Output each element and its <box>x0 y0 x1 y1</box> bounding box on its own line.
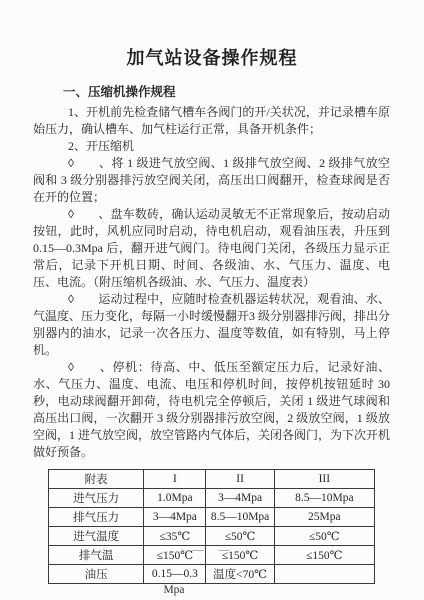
table-row-oil-pressure: 油压 0.15—0.3 温度<70℃ <box>49 565 375 584</box>
table-row-exhaust-pressure: 排气压力 3—4Mpa 8.5—10Mpa 25Mpa <box>49 508 375 527</box>
paragraph-bullet-2: ◊ 、盘车数砖，确认运动灵敏无不正常现象后，按动启动按钮，此时，风机应同时启动，… <box>33 206 390 291</box>
table-cell <box>274 565 374 584</box>
table-header-cell: II <box>206 470 274 489</box>
table-header-row: 附表 I II III <box>49 470 375 489</box>
table-cell: 3—4Mpa <box>206 489 274 508</box>
paragraph-step-1: 1、开机前先检查储气槽车各阀门的开/关状况，并记录槽车原始压力，确认槽车、加气柱… <box>33 104 390 138</box>
document-title: 加气站设备操作规程 <box>0 44 424 70</box>
table-cell: 25Mpa <box>274 508 374 527</box>
document-body: 一、压缩机操作规程 1、开机前先检查储气槽车各阀门的开/关状况，并记录槽车原始压… <box>33 84 390 597</box>
paragraph-step-2: 2、开压缩机 <box>33 138 390 155</box>
section-heading: 一、压缩机操作规程 <box>33 84 390 101</box>
paragraph-bullet-3: ◊ 运动过程中，应随时检查机器运转状况，观看油、水、气温度、压力变化，每隔一小时… <box>33 291 390 359</box>
spec-table: 附表 I II III 进气压力 1.0Mpa 3—4Mpa 8.5—10Mpa… <box>48 469 375 584</box>
table-header-cell: III <box>274 470 374 489</box>
table-cell: 1.0Mpa <box>144 489 206 508</box>
table-cell: 温度<70℃ <box>206 565 274 584</box>
table-cell: 8.5—10Mpa <box>206 508 274 527</box>
document-page: 加气站设备操作规程 一、压缩机操作规程 1、开机前先检查储气槽车各阀门的开/关状… <box>0 0 424 600</box>
table-cell: 排气压力 <box>49 508 144 527</box>
table-overflow-unit: Mpa <box>143 584 205 597</box>
paragraph-bullet-1: ◊ 、将 1 级进气放空阀、1 级排气放空阀、2 级排气放空阀和 3 级分别器排… <box>33 155 390 206</box>
table-cell: 油压 <box>49 565 144 584</box>
table-cell: 进气压力 <box>49 489 144 508</box>
table-header-cell: I <box>144 470 206 489</box>
table-cell: 3—4Mpa <box>144 508 206 527</box>
table-header-cell: 附表 <box>49 470 144 489</box>
page-footer: — — <box>0 541 424 557</box>
table-cell: 8.5—10Mpa <box>274 489 374 508</box>
paragraph-bullet-4: ◊ 、停机：待高、中、低压至额定压力后，记录好油、水、气压力、温度、电流、电压和… <box>33 359 390 461</box>
table-cell: 0.15—0.3 <box>144 565 206 584</box>
table-row-intake-pressure: 进气压力 1.0Mpa 3—4Mpa 8.5—10Mpa <box>49 489 375 508</box>
